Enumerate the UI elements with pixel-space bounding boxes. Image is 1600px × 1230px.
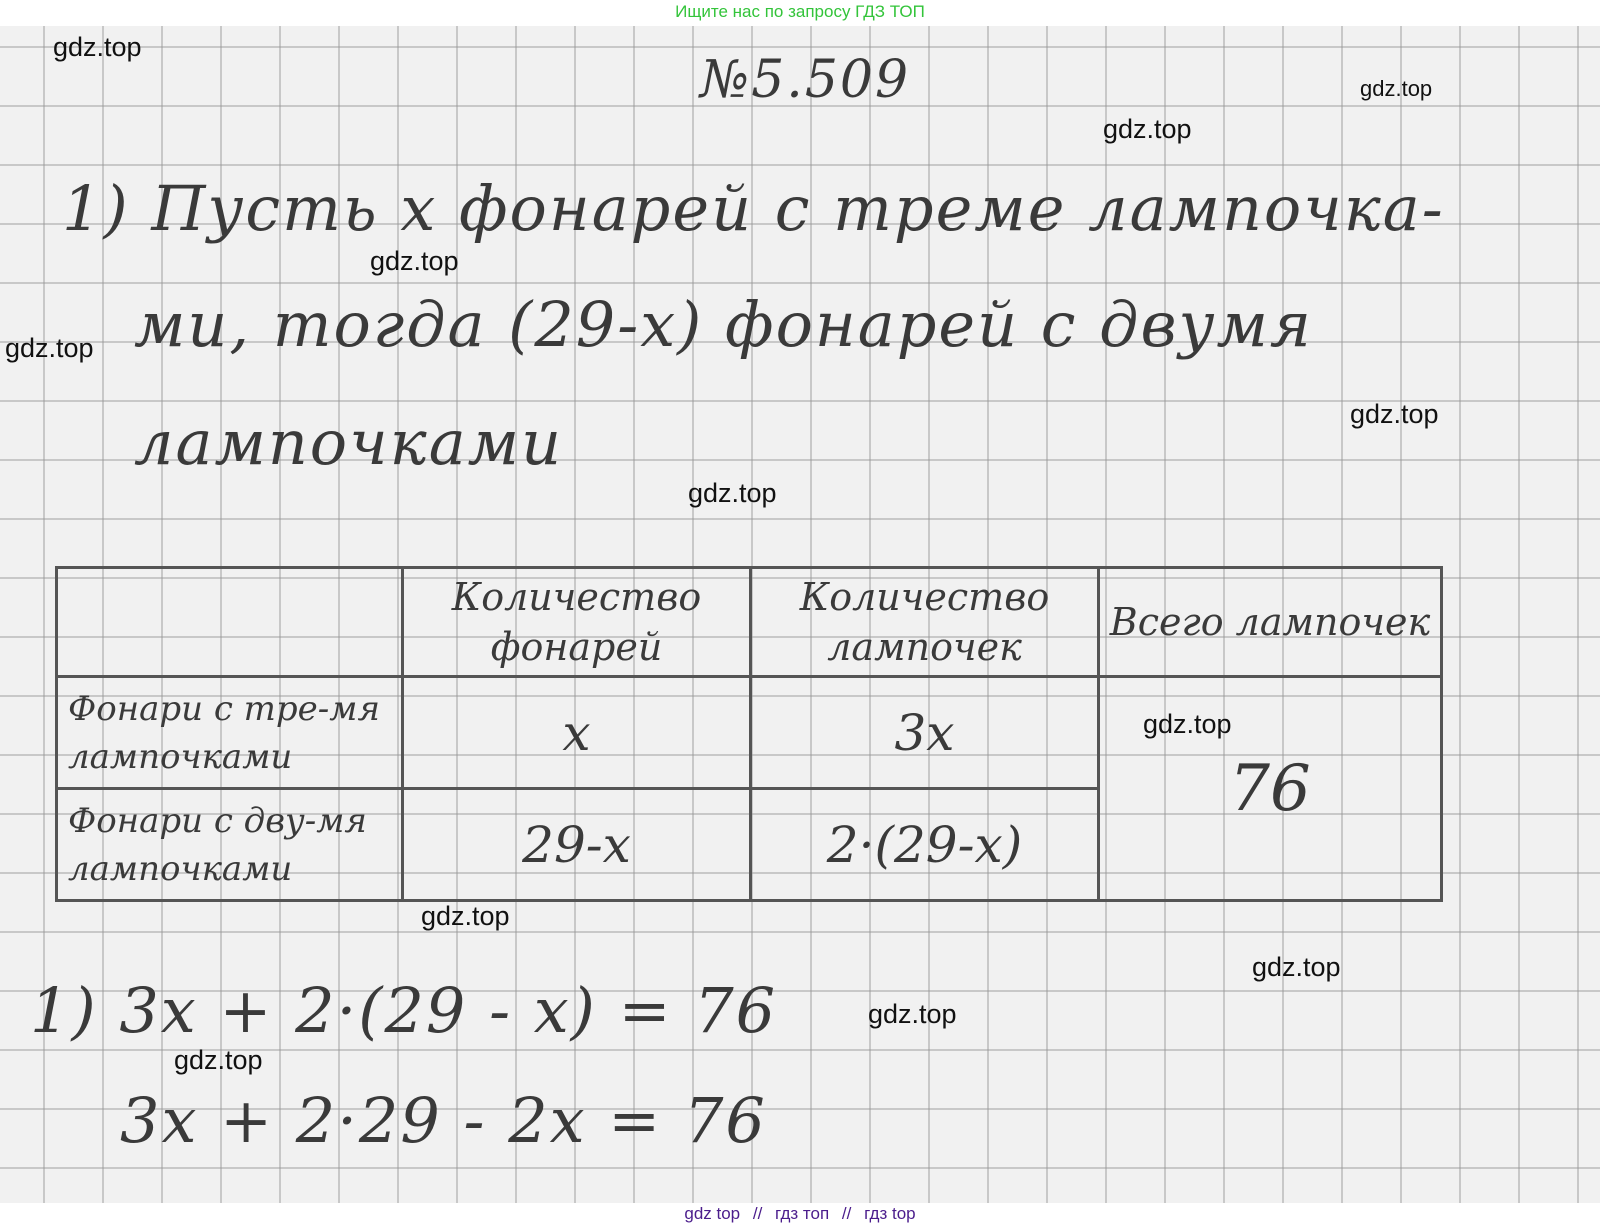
footer-separator: // xyxy=(842,1204,851,1223)
solution-text-line-3: лампочками xyxy=(134,406,563,479)
watermark: gdz.top xyxy=(370,246,459,277)
watermark: gdz.top xyxy=(421,901,510,932)
footer-separator: // xyxy=(753,1204,762,1223)
watermark: gdz.top xyxy=(868,999,957,1030)
equation-2: 3x + 2·29 - 2x = 76 xyxy=(120,1084,767,1157)
watermark: gdz.top xyxy=(1252,952,1341,983)
watermark: gdz.top xyxy=(1103,114,1192,145)
row-label-two-bulbs: Фонари с дву-мя лампочками xyxy=(57,789,403,901)
notebook-page: №5.509 1) Пусть x фонарей с треме лампоч… xyxy=(0,26,1600,1203)
cell-bulbs: 3x xyxy=(751,677,1099,789)
table-header-bulb-count: Количество лампочек xyxy=(751,568,1099,677)
solution-text-line-2: ми, тогда (29-x) фонарей с двумя xyxy=(134,288,1313,361)
table-header-empty xyxy=(57,568,403,677)
top-banner[interactable]: Ищите нас по запросу ГДЗ ТОП xyxy=(0,0,1600,26)
table-row: Фонари с тре-мя лампочками x 3x 76 xyxy=(57,677,1442,789)
problem-number: №5.509 xyxy=(700,50,910,110)
cell-count: x xyxy=(403,677,751,789)
equation-1: 1) 3x + 2·(29 - x) = 76 xyxy=(30,974,777,1047)
watermark: gdz.top xyxy=(1350,399,1439,430)
watermark: gdz.top xyxy=(174,1045,263,1076)
footer-link[interactable]: гдз top xyxy=(864,1204,916,1223)
table-header-lamp-count: Количество фонарей xyxy=(403,568,751,677)
row-label-three-bulbs: Фонари с тре-мя лампочками xyxy=(57,677,403,789)
cell-count: 29-x xyxy=(403,789,751,901)
watermark: gdz.top xyxy=(5,333,94,364)
watermark: gdz.top xyxy=(53,32,142,63)
table-header-total-bulbs: Всего лампочек xyxy=(1099,568,1442,677)
cell-bulbs: 2·(29-x) xyxy=(751,789,1099,901)
table-header-row: Количество фонарей Количество лампочек В… xyxy=(57,568,1442,677)
footer-links: gdz top // гдз топ // гдз top xyxy=(0,1203,1600,1230)
footer-link[interactable]: гдз топ xyxy=(775,1204,829,1223)
watermark: gdz.top xyxy=(1143,709,1232,740)
solution-text-line-1: 1) Пусть x фонарей с треме лампочка- xyxy=(62,172,1445,245)
data-table: Количество фонарей Количество лампочек В… xyxy=(55,566,1443,902)
watermark: gdz.top xyxy=(1360,76,1432,102)
footer-link[interactable]: gdz top xyxy=(684,1204,740,1223)
watermark: gdz.top xyxy=(688,478,777,509)
